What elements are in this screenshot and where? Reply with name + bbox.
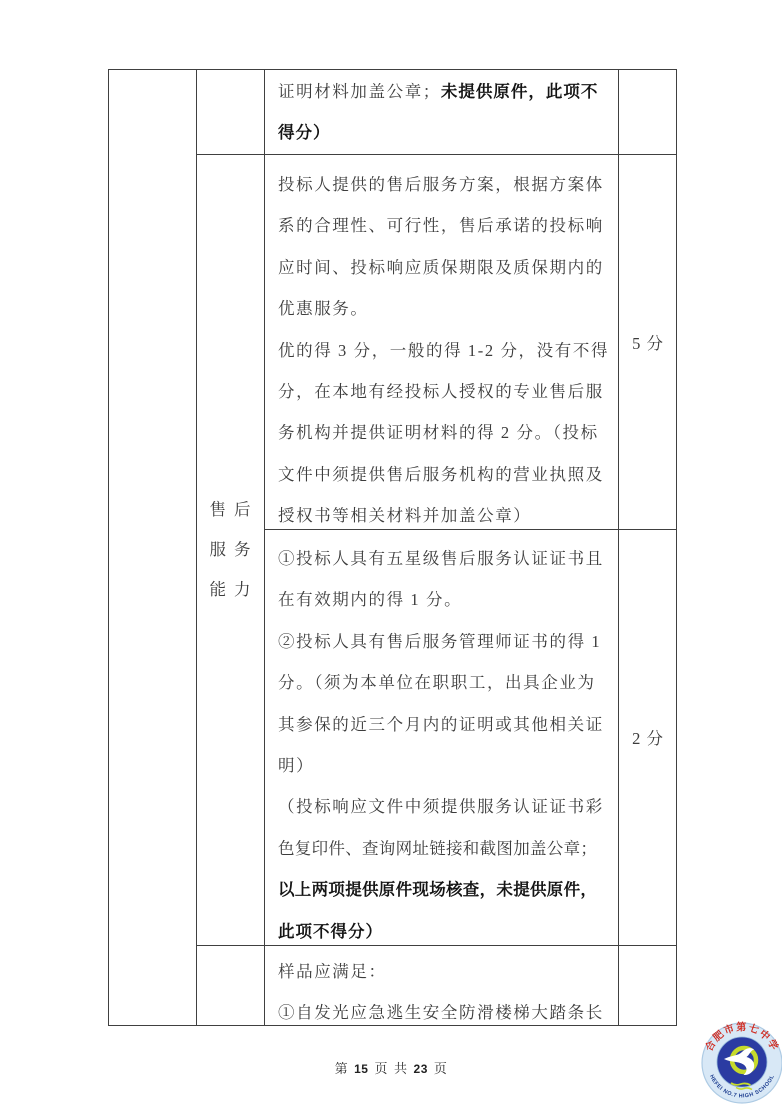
text-run: 分，在本地有经投标人授权的专业售后服 [278, 382, 604, 401]
text-run: 系的合理性、可行性，售后承诺的投标响 [278, 216, 604, 235]
text-run: 应时间、投标响应质保期限及质保期内的 [278, 258, 604, 277]
text-line: 文件中须提供售后服务机构的营业执照及 [278, 454, 608, 495]
school-logo: 合肥市第七中学 HEFEI NO.7 HIGH SCHOOL [700, 1021, 782, 1105]
text-run: 文件中须提供售后服务机构的营业执照及 [278, 465, 604, 484]
category-label-line: 售后 [210, 490, 259, 530]
text-line: ①投标人具有五星级售后服务认证证书且 [278, 538, 608, 579]
footer-text: 第 [335, 1061, 349, 1076]
text-run: 投标人提供的售后服务方案，根据方案体 [278, 175, 604, 194]
logo-wave-icon [736, 1088, 752, 1090]
text-run: 未提供原件，此项不 [441, 82, 599, 101]
text-run: 优的得 3 分，一般的得 1-2 分，没有不得 [278, 341, 609, 360]
text-run: 此项不得分） [278, 922, 383, 941]
text-line: 以上两项提供原件现场核查，未提供原件， [278, 869, 608, 910]
text-line: 分。（须为本单位在职职工，出具企业为 [278, 662, 608, 703]
text-line: 在有效期内的得 1 分。 [278, 579, 608, 620]
footer-text: 共 [394, 1061, 408, 1076]
text-line: ②投标人具有售后服务管理师证书的得 1 [278, 621, 608, 662]
text-line: 应时间、投标响应质保期限及质保期内的 [278, 247, 608, 288]
text-run: 务机构并提供证明材料的得 2 分。（投标 [278, 423, 599, 442]
evaluation-table: 售后 服务 能力 证明材料加盖公章；未提供原件，此项不得分） 投标人提供的售后服… [108, 69, 677, 1026]
text-line: 证明材料加盖公章；未提供原件，此项不 [278, 71, 608, 112]
text-run: ①自发光应急逃生安全防滑楼梯大踏条长 [278, 1003, 604, 1022]
text-run: 分。（须为本单位在职职工，出具企业为 [278, 673, 596, 692]
category-label-line: 能力 [210, 570, 259, 610]
text-line: 务机构并提供证明材料的得 2 分。（投标 [278, 412, 608, 453]
text-run: 得分） [278, 123, 331, 142]
text-line: 优惠服务。 [278, 288, 608, 329]
text-run: 优惠服务。 [278, 299, 369, 318]
text-run: 在有效期内的得 1 分。 [278, 590, 462, 609]
text-run: 授权书等相关材料并加盖公章） [278, 506, 531, 525]
footer-text: 页 [434, 1061, 448, 1076]
text-run: ②投标人具有售后服务管理师证书的得 1 [278, 632, 601, 651]
footer-page-number: 15 [354, 1062, 368, 1076]
text-run: 明） [278, 756, 314, 775]
criteria-cell-continuation: 证明材料加盖公章；未提供原件，此项不得分） [264, 70, 618, 154]
text-run: 其参保的近三个月内的证明或其他相关证 [278, 715, 604, 734]
text-line: 投标人提供的售后服务方案，根据方案体 [278, 164, 608, 205]
page-footer: 第15页共23页 [0, 1058, 782, 1077]
criteria-cell-sample-requirements: 样品应满足：①自发光应急逃生安全防滑楼梯大踏条长 [264, 945, 618, 1027]
text-line: 得分） [278, 112, 608, 153]
category-label-line: 服务 [210, 530, 259, 570]
footer-total-pages: 23 [414, 1062, 428, 1076]
text-line: 明） [278, 745, 608, 786]
criteria-cell-certification: ①投标人具有五星级售后服务认证证书且在有效期内的得 1 分。②投标人具有售后服务… [264, 529, 618, 945]
text-run: 样品应满足： [278, 962, 387, 981]
text-line: 系的合理性、可行性，售后承诺的投标响 [278, 205, 608, 246]
text-line: 色复印件、查询网址链接和截图加盖公章； [278, 828, 608, 869]
document-page: 售后 服务 能力 证明材料加盖公章；未提供原件，此项不得分） 投标人提供的售后服… [0, 0, 782, 1106]
text-line: 样品应满足： [278, 951, 608, 992]
score-cell-2: 2 分 [618, 529, 678, 945]
score-cell-5: 5 分 [618, 154, 678, 529]
category-cell-after-sales: 售后 服务 能力 [196, 154, 264, 945]
text-run: 色复印件、查询网址链接和截图加盖公章； [278, 839, 597, 858]
text-line: 优的得 3 分，一般的得 1-2 分，没有不得 [278, 330, 608, 371]
criteria-cell-after-sales-plan: 投标人提供的售后服务方案，根据方案体系的合理性、可行性，售后承诺的投标响应时间、… [264, 154, 618, 529]
text-run: 以上两项提供原件现场核查，未提供原件， [278, 880, 597, 899]
text-run: ①投标人具有五星级售后服务认证证书且 [278, 549, 604, 568]
text-line: ①自发光应急逃生安全防滑楼梯大踏条长 [278, 992, 608, 1033]
text-run: （投标响应文件中须提供服务认证证书彩 [278, 797, 604, 816]
text-line: 其参保的近三个月内的证明或其他相关证 [278, 704, 608, 745]
footer-text: 页 [374, 1061, 388, 1076]
text-line: （投标响应文件中须提供服务认证证书彩 [278, 786, 608, 827]
text-run: 证明材料加盖公章； [278, 82, 441, 101]
text-line: 分，在本地有经投标人授权的专业售后服 [278, 371, 608, 412]
